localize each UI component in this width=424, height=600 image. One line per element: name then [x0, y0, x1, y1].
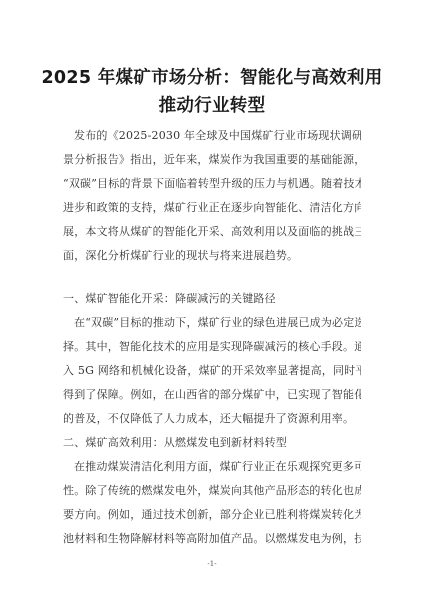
page-number: -1- — [0, 560, 424, 568]
section2-line: 要方向。例如，通过技术创新，部分企业已胜利将煤炭转化为钠电 — [63, 506, 361, 522]
section2-line: 在推动煤炭清洁化利用方面，煤矿行业正在乐观探究更多可能 — [74, 458, 361, 474]
intro-line: “双碳”目标的背景下面临着转型升级的压力与机遇。随着技术的 — [63, 175, 361, 191]
section1-line: 择。其中，智能化技术的应用是实现降碳减污的核心手段。通过引 — [63, 338, 361, 354]
section2-line: 性。除了传统的燃煤发电外，煤炭向其他产品形态的转化也成为重 — [63, 482, 361, 498]
section1-line: 的普及，不仅降低了人力成本，还大幅提升了资源利用率。 — [63, 410, 361, 426]
intro-line: 发布的《2025-2030 年全球及中国煤矿行业市场现状调研及进展前 — [74, 127, 361, 143]
intro-line: 展，本文将从煤矿的智能化开采、高效利用以及面临的挑战三个方 — [63, 223, 361, 239]
section1-line: 得到了保障。例如，在山西省的部分煤矿中，已实现了智能化操作 — [63, 386, 361, 402]
document-title-line1: 2025 年煤矿市场分析：智能化与高效利用 — [0, 64, 424, 89]
section1-line: 在“双碳”目标的推动下，煤矿行业的绿色进展已成为必定选 — [74, 314, 361, 330]
section2-heading: 二、煤矿高效利用：从燃煤发电到新材料转型 — [63, 434, 361, 450]
section1-line: 入 5G 网络和机械化设备，煤矿的开采效率显著提高，同时平安性也 — [63, 362, 361, 378]
document-title-line2: 推动行业转型 — [0, 92, 424, 117]
document-page: 2025 年煤矿市场分析：智能化与高效利用 推动行业转型 发布的《2025-20… — [0, 0, 424, 600]
intro-line: 面，深化分析煤矿行业的现状与将来进展趋势。 — [63, 247, 361, 263]
section1-heading: 一、煤矿智能化开采：降碳减污的关键路径 — [63, 290, 361, 306]
intro-line: 景分析报告》指出，近年来，煤炭作为我国重要的基础能源，在 — [63, 151, 361, 167]
intro-line: 进步和政策的支持，煤矿行业正在逐步向智能化、清洁化方向进 — [63, 199, 361, 215]
section2-line: 池材料和生物降解材料等高附加值产品。以燃煤发电为例，技术的 — [63, 530, 361, 546]
